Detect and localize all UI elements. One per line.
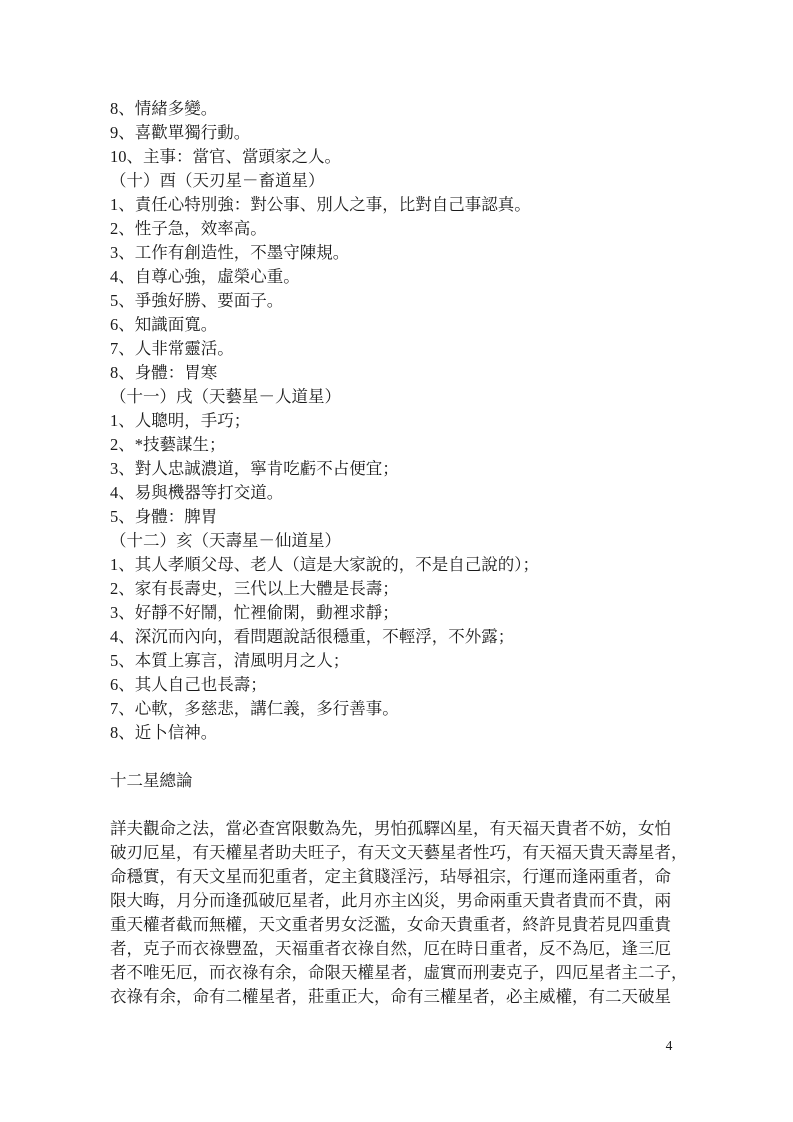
document-page: 8、情緒多變。 9、喜歡單獨行動。 10、主事：當官、當頭家之人。 （十）酉（天… [0, 0, 793, 1122]
paragraph-line: 者不唯旡厄，而衣祿有余，命限天權星者，虛實而刑妻克子，四厄星者主二子， [110, 961, 710, 985]
text-line: 4、易與機器等打交道。 [110, 481, 710, 505]
text-line: 10、主事：當官、當頭家之人。 [110, 145, 710, 169]
paragraph-line: 限大晦，月分而逢孤破厄星者，此月亦主凶災，男命兩重天貴者貴而不貴，兩 [110, 889, 710, 913]
text-line: 1、其人孝順父母、老人（這是大家說的，不是自己說的）； [110, 553, 710, 577]
text-line: 5、爭強好勝、要面子。 [110, 289, 710, 313]
text-line: 3、對人忠誠濃道，寧肯吃虧不占便宜； [110, 457, 710, 481]
text-line: 8、身體：胃寒 [110, 361, 710, 385]
text-line: 3、好靜不好鬧，忙裡偷閑，動裡求靜； [110, 601, 710, 625]
text-line: 4、深沉而內向，看問題說話很穩重，不輕浮，不外露； [110, 625, 710, 649]
section-title: 十二星總論 [110, 769, 710, 793]
text-line: 7、心軟，多慈悲，講仁義，多行善事。 [110, 697, 710, 721]
text-line: 3、工作有創造性，不墨守陳規。 [110, 241, 710, 265]
paragraph-line: 破刃厄星，有天權星者助夫旺子，有天文天藝星者性巧，有天福天貴天壽星者， [110, 841, 710, 865]
paragraph-line: 衣祿有余，命有二權星者，莊重正大，命有三權星者，必主威權，有二天破星 [110, 985, 710, 1009]
blank-line [110, 745, 710, 769]
blank-line [110, 793, 710, 817]
text-line: 5、身體：脾胃 [110, 505, 710, 529]
text-line: 2、*技藝謀生； [110, 433, 710, 457]
text-line: 8、情緒多變。 [110, 97, 710, 121]
text-line: 2、性子急，效率高。 [110, 217, 710, 241]
subsection-heading: （十二）亥（天壽星－仙道星） [110, 529, 710, 553]
text-line: 6、其人自己也長壽； [110, 673, 710, 697]
text-line: 7、人非常靈活。 [110, 337, 710, 361]
paragraph-line: 命穩實，有天文星而犯重者，定主貧賤淫污，玷辱祖宗，行運而逢兩重者，命 [110, 865, 710, 889]
paragraph-line: 者，克子而衣祿豐盈，天福重者衣祿自然，厄在時日重者，反不為厄，逢三厄 [110, 937, 710, 961]
text-line: 4、自尊心強，虛榮心重。 [110, 265, 710, 289]
text-line: 9、喜歡單獨行動。 [110, 121, 710, 145]
text-line: 2、家有長壽史，三代以上大體是長壽； [110, 577, 710, 601]
page-number: 4 [655, 1038, 683, 1054]
paragraph: 詳夫觀命之法，當必查宮限數為先，男怕孤驛凶星，有天福天貴者不妨，女怕 破刃厄星，… [110, 817, 710, 1009]
text-line: 1、人聰明，手巧； [110, 409, 710, 433]
subsection-heading: （十）酉（天刃星－畜道星） [110, 169, 710, 193]
text-block: 8、情緒多變。 9、喜歡單獨行動。 10、主事：當官、當頭家之人。 （十）酉（天… [110, 97, 710, 1009]
paragraph-line: 詳夫觀命之法，當必查宮限數為先，男怕孤驛凶星，有天福天貴者不妨，女怕 [110, 817, 710, 841]
text-line: 6、知識面寬。 [110, 313, 710, 337]
text-line: 8、近卜信神。 [110, 721, 710, 745]
paragraph-line: 重天權者截而無權，天文重者男女泛濫，女命天貴重者，終許見貴若見四重貴 [110, 913, 710, 937]
text-line: 5、本質上寡言，清風明月之人； [110, 649, 710, 673]
text-line: 1、責任心特別強：對公事、別人之事，比對自己事認真。 [110, 193, 710, 217]
subsection-heading: （十一）戌（天藝星－人道星） [110, 385, 710, 409]
